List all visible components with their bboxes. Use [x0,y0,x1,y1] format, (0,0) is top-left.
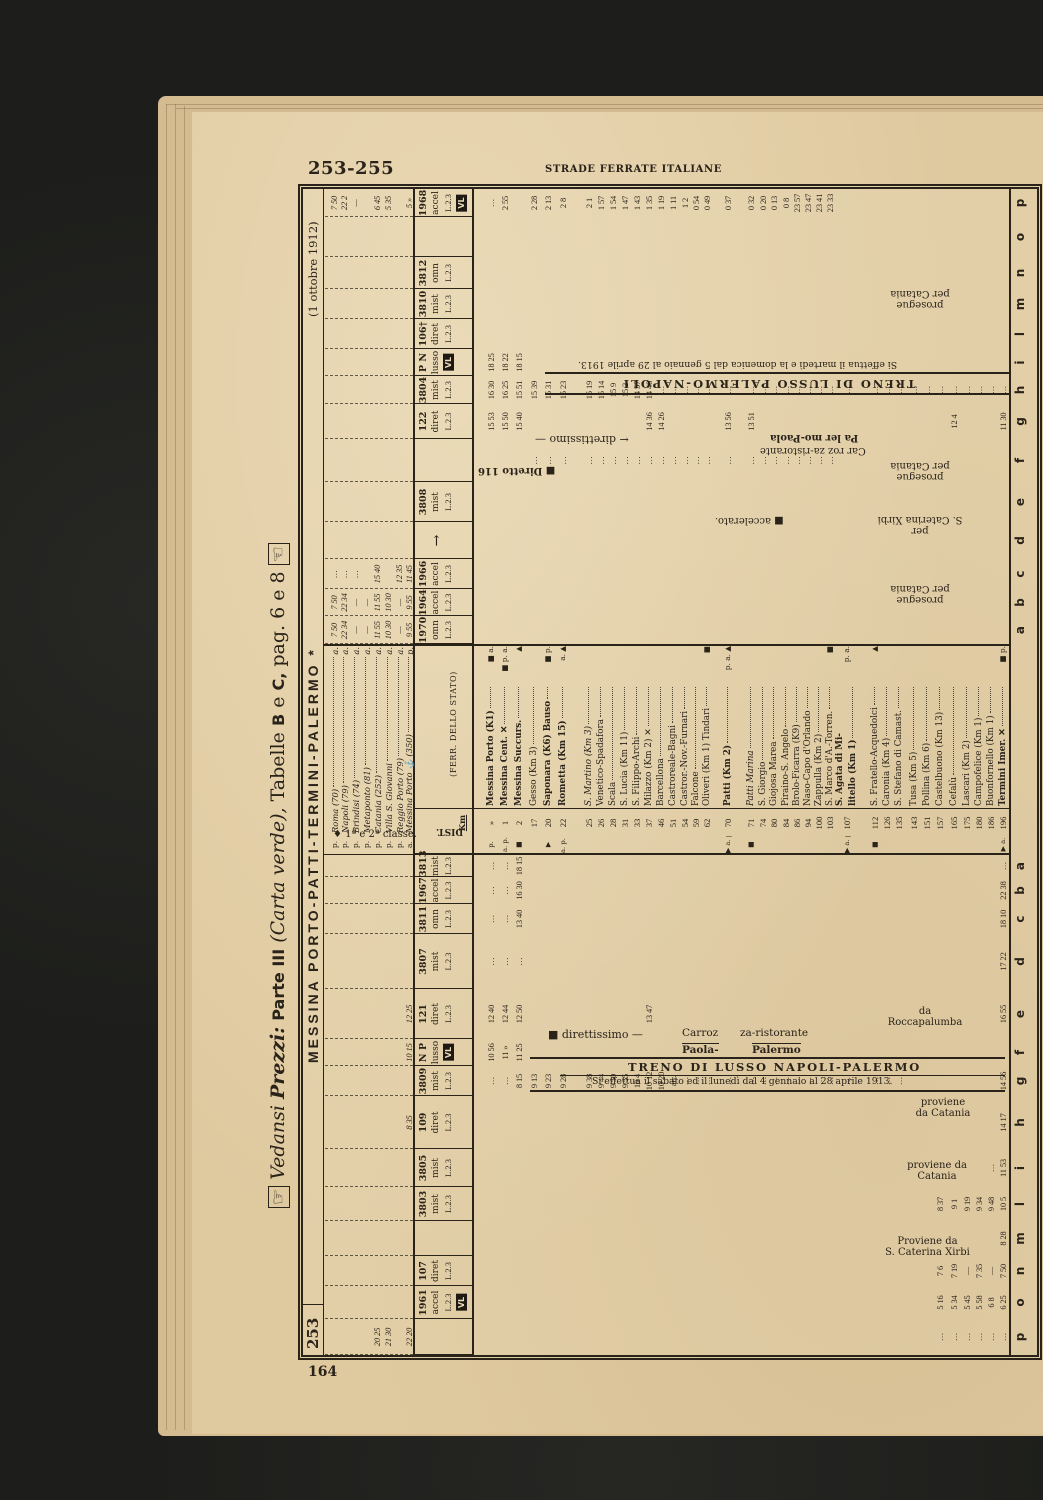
station-row: Patti Marina [745,686,757,806]
time-cell: 13 51 [746,404,757,439]
note-carrozza-ristorante: Carroz [682,1027,718,1039]
notice-b: B [269,714,288,726]
column-letter: i [1013,1149,1027,1187]
station-km: 143 [908,810,920,836]
time-cell: 7 50 [998,1256,1009,1286]
up-mark: ■ a. [485,646,497,685]
time-cell: 9 13 [529,1066,540,1096]
train-type: lusso [430,1039,442,1066]
column-letter: b [1013,877,1027,904]
station-km: 126 [881,810,893,836]
station-km: 20 [542,810,554,836]
down-mark: a. p. ■ [557,836,569,853]
connection-time: 6 45 [372,189,383,217]
train-type: accel [430,1286,442,1319]
time-cell: 15 40 [514,404,525,439]
luxury-train-days-down: Si effettua il sabato ed il lunedì dal 4… [592,1076,893,1087]
time-cell: … [668,439,679,482]
station-block-rule [323,644,1011,646]
time-cell: 14 17 [998,1096,1009,1149]
time-cell: … [998,376,1009,404]
time-cell: 2 1 [584,189,595,217]
time-cell: … [632,439,643,482]
column-letter: p [1013,1319,1027,1355]
station-km: 151 [921,810,933,836]
station-row: Messina Porto (K1) [485,686,497,806]
time-cell: 15 39 [529,376,540,404]
station-km: 165 [948,810,960,836]
dot-leader [762,687,763,760]
down-mark: ■ [869,836,881,853]
dot-leader [1002,687,1003,726]
note-line: S. Caterina Xirbi [885,1247,970,1258]
time-cell: 16 55 [998,989,1009,1039]
time-cell: 9 48 [986,1187,997,1221]
time-cell: … [723,439,734,482]
station-row: Giojosa Marea [768,686,780,806]
station-row: Rometta (Km 15) [557,686,569,806]
luxury-train-napoli-palermo: TRENO DI LUSSO NAPOLI-PALERMO [628,1060,921,1074]
note-palermo-paola: Pa ler mo-Paola [770,432,858,443]
dot-leader [408,657,409,732]
arrival-departure-mark: p. [405,647,415,655]
train-number: 121 [418,989,430,1039]
note-carrozza-up: Car roz za-ristorante [760,445,866,456]
station-name: Castror.-Nov.-Furnari [680,711,690,806]
train-type: omn [430,257,442,289]
station-name: Castroreale-Bagni [668,725,678,806]
connection-station: Brindisi (74) [351,780,361,833]
time-cell: 12 40 [486,989,497,1039]
dot-leader [913,687,914,750]
train-class: L.2.3 [442,855,454,877]
time-cell: … [998,855,1009,877]
luxury-train-palermo-napoli: TRENO DI LUSSO PALERMO-NAPOLI [622,377,915,391]
connection-rule [325,348,413,349]
train-column: 3807mistL.2.3………17 22d [303,934,1037,989]
train-number: 1961 [418,1286,430,1319]
note-da-roccapalumba: daRoccapalumba [886,1006,964,1028]
station-name: S. Martino (Km 3) [584,726,594,806]
station-name: S. Filippo-Archi [632,737,642,806]
connection-rule [325,1285,413,1286]
time-cell: … [974,376,985,404]
time-cell: — [962,1256,973,1286]
station-name: Cefalù [949,777,959,806]
train-number: 1967 [418,877,430,904]
up-mark: ■ [824,646,836,685]
time-cell: … [949,1319,960,1355]
train-class: L.2.3 [442,589,454,616]
time-cell: … [962,376,973,404]
train-class: L.2.3 [442,289,454,319]
train-class: L.2.3 [442,1286,454,1319]
banner-rule [545,372,1010,374]
train-number: 107 [418,1256,430,1286]
train-type: lusso [430,349,442,376]
column-letter: o [1013,1286,1027,1319]
train-class: L.2.3 [442,989,454,1039]
connection-rule [325,1065,413,1066]
column-letter: b [1013,589,1027,616]
up-mark: ■ p. [542,646,554,685]
column-letter: m [1013,289,1027,319]
station-name: Milazzo (Km 2) ✕ [644,728,654,806]
train-class: L.2.3 [442,319,454,349]
column-letter: p [1013,189,1027,217]
up-mark: ■ p. a. [499,646,511,685]
station-name: Rometta (Km 15) [558,720,568,806]
train-class: L.2.3 [442,616,454,644]
time-cell: 5 58 [974,1286,985,1319]
station-km: 71 [745,810,757,836]
station-row: S. Martino (Km 3) [583,686,595,806]
station-km: 196 [997,810,1009,836]
column-letter: m [1013,1221,1027,1256]
train-class: L.2.3 [442,559,454,589]
dot-leader [612,687,613,780]
note-proviene-catania: provieneda Catania [908,1097,978,1119]
station-name: Zappulla (Km 2) [814,734,824,806]
time-cell: 1 47 [620,189,631,217]
station-km: 62 [701,810,713,836]
train-column: 1967accelL.2.3……16 3022 38b [303,877,1037,904]
time-cell: 0 8 [781,189,792,217]
connection-time: 12 25 [404,989,415,1039]
time-cell: 9 34 [974,1187,985,1221]
train-column: 122diretL.2.315 5315 5015 4014 3614 2613… [303,404,1037,439]
time-cell: 14 36 [644,404,655,439]
dot-leader [562,687,563,718]
time-cell: — [986,1256,997,1286]
page-edge-line [175,104,176,1430]
up-mark: ■ [701,646,713,685]
connection-time: 20 25 [372,1319,383,1355]
dot-leader [773,687,774,739]
time-cell: 0 49 [702,189,713,217]
arrival-departure-mark: a. [330,647,340,655]
up-mark: ▲ [869,646,881,685]
time-cell: 11 30 [998,404,1009,439]
station-row: Cefalù [948,686,960,806]
station-name: Giojosa Marea [769,741,779,806]
note-line: Proviene da [885,1236,970,1247]
time-cell: 2 8 [558,189,569,217]
column-letter: l [1013,319,1027,349]
station-km: 157 [934,810,946,836]
dot-leader [818,687,819,732]
train-number: 3813 [418,855,430,877]
notice-tabelle: Tabelle [267,732,289,801]
running-header: STRADE FERRATE ITALIANE [545,164,722,175]
connection-rule [325,256,413,257]
time-cell: 14 56 [998,1066,1009,1096]
connection-rule [325,288,413,289]
column-letter: g [1013,404,1027,439]
dot-leader [387,657,388,761]
time-cell: … [656,439,667,482]
column-letter: i [1013,349,1027,376]
time-cell: … [486,1066,497,1096]
train-number: 1964 [418,589,430,616]
column-letter: e [1013,482,1027,522]
train-class: L.2.3 [442,1149,454,1187]
train-type: diret [430,989,442,1039]
train-class: L.2.3 [442,1256,454,1286]
train-number: 122 [418,404,430,439]
note-direttissimo: ■ direttissimo — [548,1028,643,1041]
train-type: accel [430,559,442,589]
dot-leader [398,657,399,756]
station-row: Lascari (Km 2) [961,686,973,806]
dot-leader [990,687,991,713]
connection-rule [325,988,413,989]
page-edge-line [184,106,185,1430]
column-letter: e [1013,989,1027,1039]
station-row: Buonfornello (Km 1) [985,686,997,806]
time-cell: … [486,877,497,904]
train-column: 1961accelL.2.3VL5 165 345 455 586 86 25o [303,1286,1037,1319]
time-cell: 6 25 [998,1286,1009,1319]
column-letter: h [1013,376,1027,404]
station-name: Oliveri (Km 1) Tindari [702,708,712,806]
train-number: 3803 [418,1187,430,1221]
time-cell: 15 14 [596,376,607,404]
connection-time: — [350,189,361,217]
connection-time: 11 45 [404,559,415,589]
connection-rule [325,1220,413,1221]
dot-leader [490,687,491,708]
train-column: 106†diretL.2.3l [303,319,1037,349]
table-range: 253-255 [308,158,394,179]
note-palermo: Palermo [752,1043,801,1056]
banner-rule [545,393,1010,395]
time-cell: 23 41 [814,189,825,217]
note-line: per Catania [880,460,960,471]
train-type: diret [430,1256,442,1286]
connection-rule [325,1318,413,1319]
column-rule [414,1255,473,1256]
time-cell: 1 54 [608,189,619,217]
station-km: 28 [607,810,619,836]
dot-leader [504,687,505,724]
dot-leader [672,687,673,723]
vl-badge: VL [443,1044,454,1061]
train-type: omn [430,616,442,644]
train-class: L.2.3 [442,1096,454,1149]
train-number: 3809 [418,1066,430,1096]
note-per-xirbi: perS. Caterina Xirbi [876,514,964,536]
train-number: 1968 [418,189,430,217]
train-number: 3808 [418,482,430,522]
dot-leader [518,687,519,718]
note-proviene-xirbi: Proviene daS. Caterina Xirbi [885,1236,970,1258]
column-letter: c [1013,904,1027,934]
train-type: accel [430,877,442,904]
train-type: diret [430,1096,442,1149]
train-type: omn [430,904,442,934]
connection-station: Napoli (79) [340,785,350,833]
station-name: Patti Marina [746,750,756,806]
connection-rule [325,318,413,319]
dot-leader [926,687,927,741]
time-cell: 18 22 [500,349,511,376]
station-row: Pollina (Km 6) [921,686,933,806]
station-row: Milazzo (Km 2) ✕ [643,686,655,806]
train-number: 1970 [418,616,430,644]
station-km: 33 [631,810,643,836]
connection-row: Messina Porto ⚓ (350)p. [404,647,415,833]
connection-time: — [361,616,372,644]
train-class: L.2.3 [442,257,454,289]
time-cell: 23 33 [825,189,836,217]
station-name: Scala [608,782,618,806]
time-cell: … [998,1319,1009,1355]
column-letter: a [1013,616,1027,644]
station-name: Brolo-Ficarra (K9) [792,724,802,806]
down-mark: a. p. [499,836,511,853]
dot-leader [939,687,940,710]
time-cell: … [962,1319,973,1355]
train-column: 1968accelL.2.3VL7 5022 2—6 455 355 »…2 5… [303,189,1037,217]
note-direttissimo-up: ← direttissimo — [535,433,629,446]
time-cell: 15 9 [608,376,619,404]
time-cell: 18 15 [514,855,525,877]
connection-rule [325,1038,413,1039]
train-number: 3811 [418,904,430,934]
dot-leader [684,687,685,709]
time-cell: 2 13 [543,189,554,217]
down-mark: ▶ [542,836,554,853]
page-edge-line [166,104,1043,105]
column-letter: o [1013,217,1027,257]
station-km: 112 [869,810,881,836]
time-cell: 15 31 [543,376,554,404]
connection-row: Brindisi (74)a. [350,647,361,833]
dot-leader [648,687,649,726]
connection-rule [325,558,413,559]
train-type: mist [430,1187,442,1221]
station-row: Campofelice (Km 1) [973,686,985,806]
dot-leader [533,687,534,744]
train-type: mist [430,1149,442,1187]
time-cell: … [486,189,497,217]
time-cell: … [514,934,525,989]
time-cell: … [500,877,511,904]
time-cell: 13 40 [514,904,525,934]
train-type: accel [430,589,442,616]
column-rule [414,256,473,257]
connection-time: 15 40 [372,559,383,589]
station-row: Barcellona [655,686,667,806]
note-line: per [876,525,964,536]
connection-time: … [350,559,361,589]
station-name: S. Stefano di Camast. [894,710,904,806]
time-cell: 16 30 [486,376,497,404]
dot-leader [966,687,967,738]
station-row: S. Lucia (Km 11) [619,686,631,806]
page-edge-line [166,104,167,1430]
station-name: Caronia (Km 4) [882,738,892,806]
note-line: proviene da [902,1160,972,1171]
dot-leader [588,687,589,724]
dot-leader [727,687,728,743]
station-km: 135 [893,810,905,836]
time-cell: 14 26 [656,404,667,439]
time-cell: 5 45 [962,1286,973,1319]
time-cell: 9 1 [949,1187,960,1221]
station-km: 37 [643,810,655,836]
station-row: Messina Cent. ✕ [499,686,511,806]
connection-station: Messina Porto ⚓ (350) [404,734,415,833]
time-cell: 15 19 [584,376,595,404]
train-column: 107diretL.2.37 67 19—7 35—7 50n [303,1256,1037,1286]
notice-prezzi: Prezzi: [267,1027,289,1099]
up-mark: ▲ [513,646,525,685]
station-km: 22 [557,810,569,836]
note-carrozza-ristorante: za-ristorante [740,1027,808,1039]
arrival-departure-mark: a. [384,647,394,655]
station-name: Falcone [691,771,701,806]
dot-leader [785,687,786,727]
station-name: Messina Succurs. [514,720,524,806]
station-name: S. Agata di Mi- [835,733,845,806]
note-line: prosegue [880,471,960,482]
dot-leader [624,687,625,730]
train-class: L.2.3 [442,189,454,217]
column-letter: f [1013,439,1027,482]
note-prosegue-catania: prosegueper Catania [880,460,960,482]
dot-leader [829,687,830,709]
connection-rule [325,481,413,482]
column-letter: h [1013,1096,1027,1149]
banner-rule [530,1057,1005,1059]
time-cell: 15 23 [558,376,569,404]
time-cell: 23 57 [792,189,803,217]
station-name: Tusa (Km 5) [909,752,919,806]
connection-time: 9 55 [404,589,415,616]
note-diretto-116: ■ Diretto 116 [478,465,555,476]
note-proviene-catania: proviene daCatania [902,1160,972,1182]
station-row: Scala [607,686,619,806]
connection-time: 22 34 [339,616,350,644]
connection-time: 5 » [404,189,415,217]
time-cell: 2 28 [529,189,540,217]
time-cell: 0 37 [723,189,734,217]
time-cell: 13 47 [644,989,655,1039]
time-cell: 10 56 [486,1039,497,1066]
station-name: Buonfornello (Km 1) [986,715,996,806]
train-number: P N [418,349,430,376]
connection-time: — [361,589,372,616]
time-cell: 11 » [500,1039,511,1066]
time-cell: … [500,1066,511,1096]
connection-station: Roma (70) [330,789,340,833]
time-cell: … [986,1149,997,1187]
connection-rule [325,933,413,934]
vl-badge: VL [456,194,467,211]
pointing-hand-icon: ☞ [268,1186,290,1208]
station-name: Messina Porto (K1) [486,710,496,806]
connection-row: Villa S. Giovannia. [383,647,394,833]
connection-time: 11 55 [372,616,383,644]
dot-leader [796,687,797,722]
connection-rule [325,521,413,522]
down-mark: ▶ a. [997,836,1009,853]
connection-time: — [350,616,361,644]
time-cell: … [935,1319,946,1355]
connection-time: 22 34 [339,589,350,616]
